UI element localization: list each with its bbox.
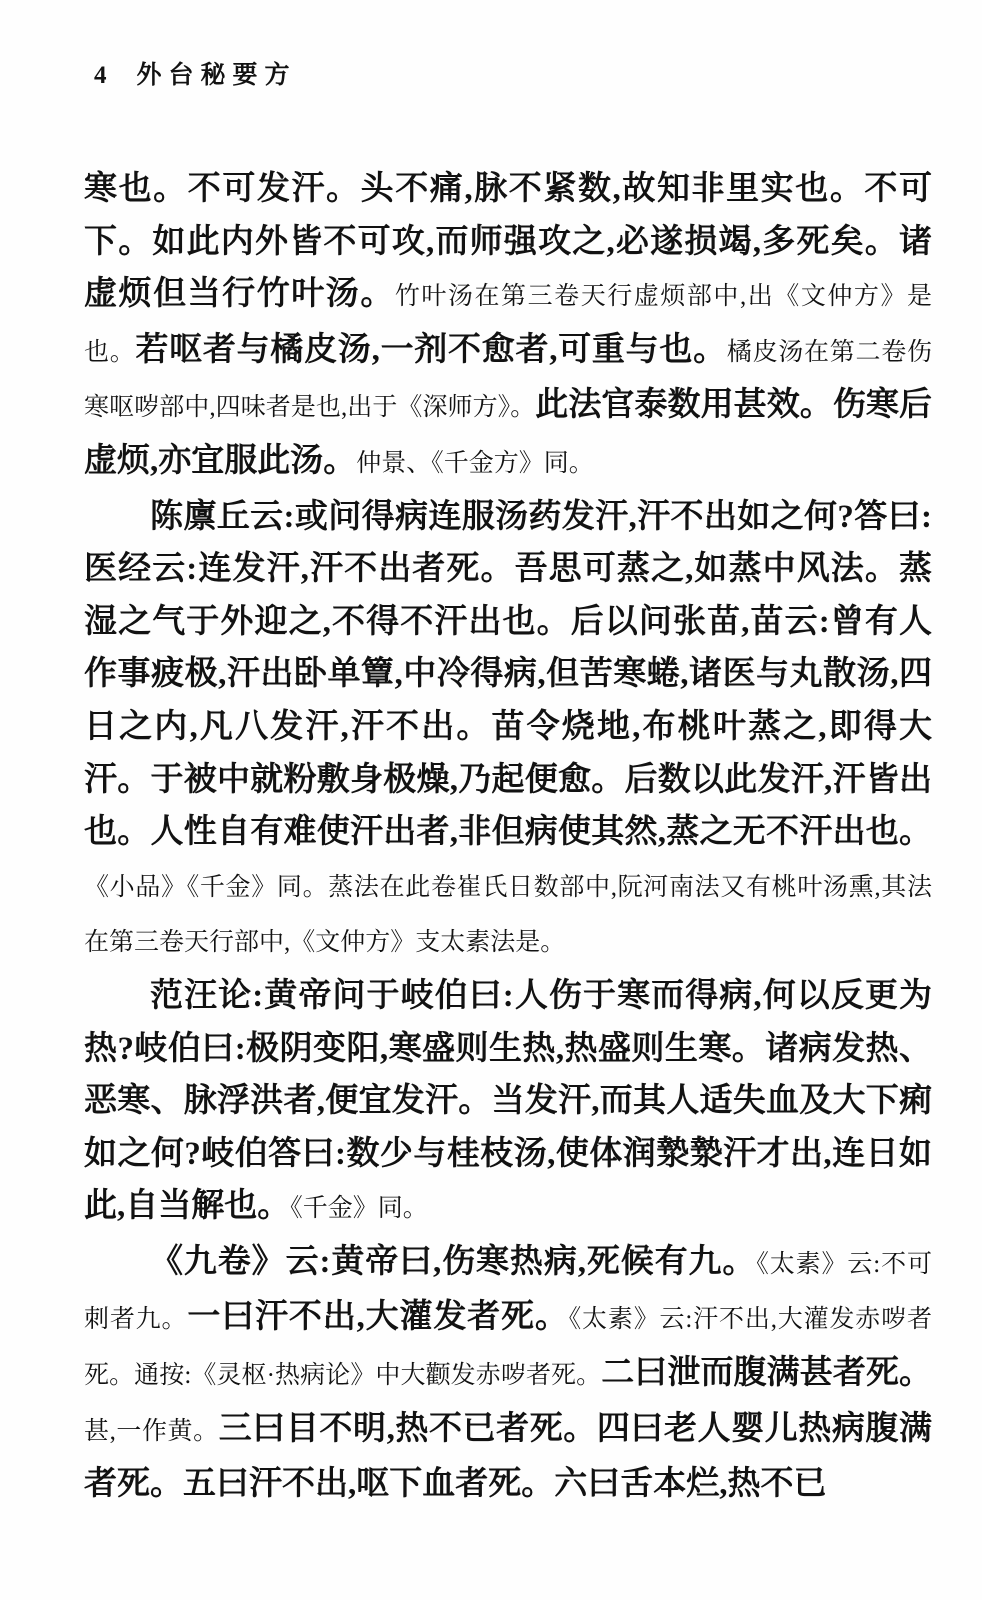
running-head-title: 外台秘要方 — [137, 55, 297, 91]
annotation-segment: 《千金》同。 — [290, 1195, 428, 1222]
paragraph: 寒也。不可发汗。头不痛,脉不紧数,故知非里实也。不可下。如此内外皆不可攻,而师强… — [84, 163, 932, 491]
annotation-segment: 仲景、《千金方》同。 — [356, 450, 594, 477]
main-text-segment: 若呕者与橘皮汤,一剂不愈者,可重与也。 — [135, 332, 726, 368]
annotation-segment: 《小品》《千金》同。蒸法在此卷崔氏日数部中,阮河南法又有桃叶汤熏,其法在第三卷天… — [84, 874, 932, 957]
page-body: 寒也。不可发汗。头不痛,脉不紧数,故知非里实也。不可下。如此内外皆不可攻,而师强… — [84, 163, 932, 1511]
paragraph: 范汪论:黄帝问于岐伯曰:人伤于寒而得病,何以反更为热?岐伯曰:极阴变阳,寒盛则生… — [84, 970, 932, 1236]
main-text-segment: 《九卷》云:黄帝曰,伤寒热病,死候有九。 — [150, 1244, 756, 1280]
book-page: 4 外台秘要方 寒也。不可发汗。头不痛,脉不紧数,故知非里实也。不可下。如此内外… — [0, 0, 982, 1600]
page-number: 4 — [94, 62, 107, 90]
paragraph: 陈廪丘云:或问得病连服汤药发汗,汗不出如之何?答曰:医经云:连发汗,汗不出者死。… — [84, 491, 932, 970]
main-text-segment: 二曰泄而腹满甚者死。 — [601, 1355, 932, 1391]
main-text-segment: 范汪论:黄帝问于岐伯曰:人伤于寒而得病,何以反更为热?岐伯曰:极阴变阳,寒盛则生… — [84, 978, 932, 1224]
annotation-segment: 甚,一作黄。 — [84, 1418, 219, 1445]
paragraph: 《九卷》云:黄帝曰,伤寒热病,死候有九。《太素》云:不可刺者九。一曰汗不出,大灌… — [84, 1236, 932, 1511]
main-text-segment: 一曰汗不出,大灌发者死。 — [187, 1299, 568, 1335]
page-header: 4 外台秘要方 — [84, 55, 932, 91]
main-text-segment: 陈廪丘云:或问得病连服汤药发汗,汗不出如之何?答曰:医经云:连发汗,汗不出者死。… — [84, 499, 932, 851]
